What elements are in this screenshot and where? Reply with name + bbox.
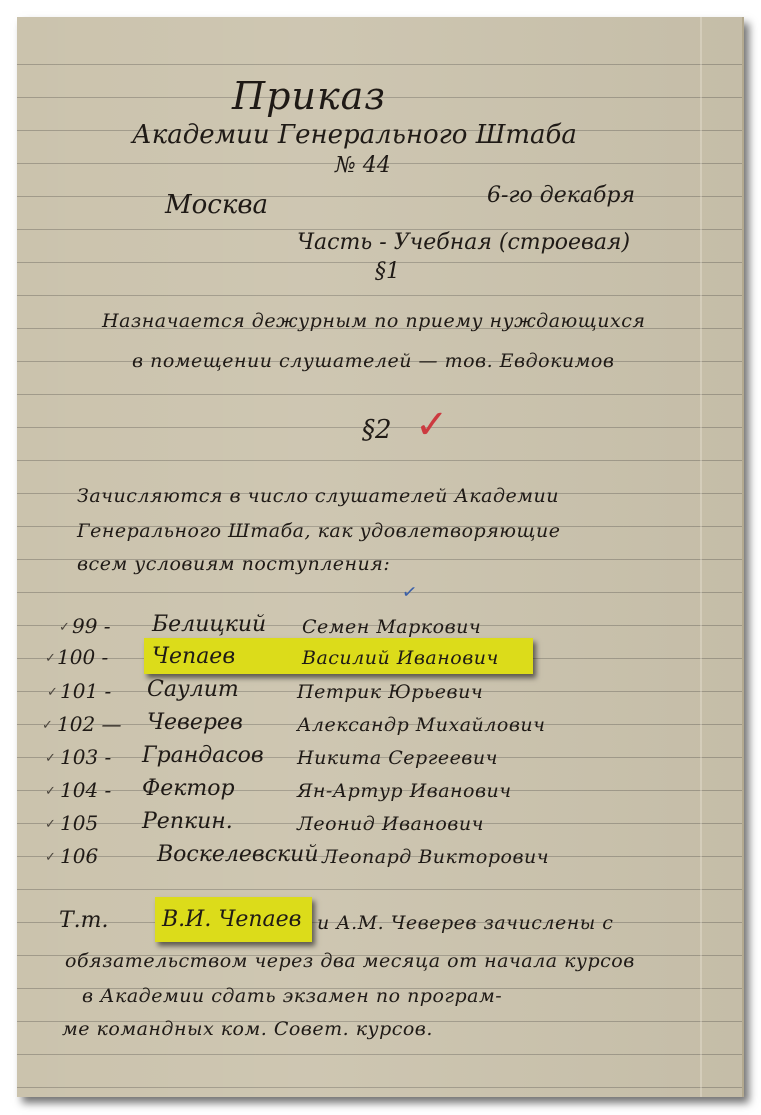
surname: Белицкий bbox=[152, 614, 266, 636]
list-item: ✓ 102 — Чеверев Александр Михайлович bbox=[17, 710, 742, 740]
list-item: ✓ 103 - Грандасов Никита Сергеевич bbox=[17, 743, 742, 773]
part-label: Часть - Учебная (строевая) bbox=[297, 232, 630, 254]
list-number: 103 - bbox=[60, 747, 111, 767]
given-names: Никита Сергеевич bbox=[297, 749, 498, 768]
list-number: 104 - bbox=[60, 780, 111, 800]
margin-check-icon: ✓ bbox=[45, 784, 56, 799]
surname: Чепаев bbox=[152, 646, 235, 668]
given-names: Семен Маркович bbox=[302, 618, 481, 637]
footer-line-1: и А.М. Чеверев зачислены с bbox=[317, 914, 613, 933]
red-check-icon: ✓ bbox=[415, 405, 449, 445]
footer-prefix: Т.т. bbox=[59, 910, 109, 932]
margin-check-icon: ✓ bbox=[42, 718, 53, 733]
margin-check-icon: ✓ bbox=[45, 850, 56, 865]
margin-check-icon: ✓ bbox=[59, 620, 70, 635]
footer-highlighted-name: В.И. Чепаев bbox=[162, 909, 301, 931]
academy-name: Академии Генерального Штаба bbox=[132, 122, 577, 148]
intro-line-2: Генерального Штаба, как удовлетворяющие bbox=[77, 522, 561, 541]
list-number: 102 — bbox=[57, 714, 122, 734]
footer-line-3: в Академии сдать экзамен по програм- bbox=[82, 987, 502, 1006]
list-item: ✓ 100 - Чепаев Василий Иванович bbox=[17, 643, 742, 673]
list-number: 99 - bbox=[72, 616, 111, 636]
surname: Фектор bbox=[142, 778, 235, 800]
list-number: 100 - bbox=[57, 647, 108, 667]
given-names: Ян-Артур Иванович bbox=[297, 782, 512, 801]
list-number: 105 bbox=[60, 813, 98, 833]
margin-check-icon: ✓ bbox=[45, 651, 56, 666]
section-1-line-1: Назначается дежурным по приему нуждающих… bbox=[102, 312, 645, 331]
surname: Грандасов bbox=[142, 745, 264, 767]
order-title: Приказ bbox=[232, 77, 386, 115]
given-names: Леонид Иванович bbox=[297, 815, 484, 834]
margin-check-icon: ✓ bbox=[47, 685, 58, 700]
given-names: Александр Михайлович bbox=[297, 716, 545, 735]
surname: Саулит bbox=[147, 679, 239, 701]
surname: Чеверев bbox=[147, 712, 243, 734]
order-date: 6-го декабря bbox=[487, 185, 635, 207]
section-1-label: §1 bbox=[375, 261, 400, 283]
margin-check-icon: ✓ bbox=[45, 817, 56, 832]
footer-line-2: обязательством через два месяца от начал… bbox=[65, 952, 635, 971]
given-names: Петрик Юрьевич bbox=[297, 683, 483, 702]
list-item: ✓ 106 Воскелевский Леопард Викторович bbox=[17, 842, 742, 872]
list-item: ✓ 105 Репкин. Леонид Иванович bbox=[17, 809, 742, 839]
section-2-label: §2 bbox=[362, 417, 392, 443]
order-number: № 44 bbox=[335, 155, 391, 177]
section-1-line-2: в помещении слушателей — тов. Евдокимов bbox=[132, 352, 614, 371]
given-names: Леопард Викторович bbox=[322, 848, 549, 867]
intro-line-1: Зачисляются в число слушателей Академии bbox=[77, 487, 559, 506]
list-number: 106 bbox=[60, 846, 98, 866]
blue-check-icon: ✓ bbox=[401, 581, 419, 604]
intro-line-3: всем условиям поступления: bbox=[77, 555, 390, 574]
list-item: ✓ 104 - Фектор Ян-Артур Иванович bbox=[17, 776, 742, 806]
margin-check-icon: ✓ bbox=[45, 751, 56, 766]
document-page: Приказ Академии Генерального Штаба № 44 … bbox=[17, 17, 744, 1097]
surname: Репкин. bbox=[142, 811, 233, 833]
city: Москва bbox=[165, 192, 268, 218]
footer-line-4: ме командных ком. Совет. курсов. bbox=[62, 1020, 433, 1039]
list-number: 101 - bbox=[60, 681, 111, 701]
given-names: Василий Иванович bbox=[302, 649, 499, 668]
list-item: ✓ 101 - Саулит Петрик Юрьевич bbox=[17, 677, 742, 707]
surname: Воскелевский bbox=[157, 844, 319, 866]
